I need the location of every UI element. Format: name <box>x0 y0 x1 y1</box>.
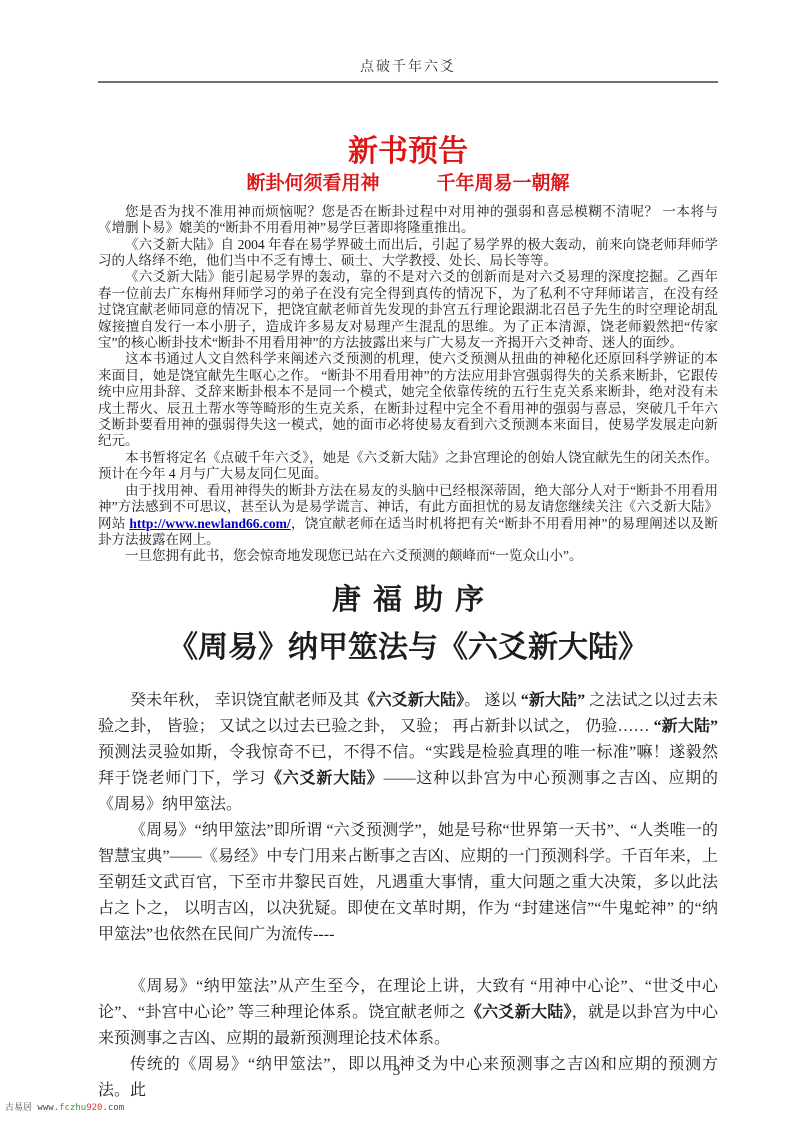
preface-title: 唐福助序 <box>98 583 718 618</box>
announcement-subtitle: 断卦何须看用神 千年周易一朝解 <box>98 173 718 196</box>
paragraph: 癸未年秋， 幸识饶宜献老师及其《六爻新大陆》。 遂以 “新大陆” 之法试之以过去… <box>98 688 718 818</box>
paragraph: 您是否为找不准用神而烦恼呢？您是否在断卦过程中对用神的强弱和喜忌模糊不清呢？ 一… <box>98 204 718 237</box>
paragraph: 由于找用神、看用神得失的断卦方法在易友的头脑中已经根深蒂固，绝大部分人对于“断卦… <box>98 483 718 549</box>
text-run: 《周易》“纳甲筮法”即所谓 “六爻预测学”，她是号称“世界第一天书”、“人类唯一… <box>98 822 718 943</box>
running-header-title: 点破千年六爻 <box>98 0 718 76</box>
paragraph: 一旦您拥有此书，您会惊奇地发现您已站在六爻预测的颠峰而“一览众山小”。 <box>98 548 718 564</box>
watermark-segment: .com <box>102 1103 124 1113</box>
text-run: 一旦您拥有此书，您会惊奇地发现您已站在六爻预测的颠峰而“一览众山小”。 <box>125 548 582 563</box>
watermark: 古易居 www.fczhu920.com <box>5 1100 124 1113</box>
text-run: 《六爻新大陆》 <box>360 692 465 709</box>
header-rule <box>98 81 718 83</box>
text-run: 癸未年秋， 幸识饶宜献老师及其 <box>130 692 360 709</box>
text-run: 《六爻新大陆》 <box>466 1004 572 1021</box>
text-run: 本书暂将定名《点破千年六爻》，她是《六爻新大陆》之卦宫理论的创始人饶宜献先生的闭… <box>98 450 718 481</box>
preface-body: 癸未年秋， 幸识饶宜献老师及其《六爻新大陆》。 遂以 “新大陆” 之法试之以过去… <box>98 688 718 1104</box>
text-run: 。 遂以 <box>464 692 521 709</box>
text-run: 《六爻新大陆》自 2004 年春在易学界破土而出后，引起了易学界的极大轰动，前来… <box>98 237 718 268</box>
watermark-segment: 920 <box>86 1103 102 1113</box>
paragraph: 《周易》“纳甲筮法”即所谓 “六爻预测学”，她是号称“世界第一天书”、“人类唯一… <box>98 818 718 948</box>
text-run: 您是否为找不准用神而烦恼呢？您是否在断卦过程中对用神的强弱和喜忌模糊不清呢？ 一… <box>98 204 718 235</box>
newland-website-link[interactable]: http://www.newland66.com/ <box>129 516 290 531</box>
paragraph: 这本书通过人文自然科学来阐述六爻预测的机理，使六爻预测从扭曲的神秘化还原回科学辨… <box>98 351 718 449</box>
paragraph: 《周易》“纳甲筮法”从产生至今，在理论上讲，大致有 “用神中心论”、“世爻中心论… <box>98 974 718 1052</box>
watermark-segment: 古易居 www. <box>5 1103 59 1113</box>
text-run: 《六爻新大陆》 <box>266 770 384 787</box>
text-run: 这本书通过人文自然科学来阐述六爻预测的机理，使六爻预测从扭曲的神秘化还原回科学辨… <box>98 351 718 448</box>
paragraph: 本书暂将定名《点破千年六爻》，她是《六爻新大陆》之卦宫理论的创始人饶宜献先生的闭… <box>98 450 718 483</box>
announcement-body: 您是否为找不准用神而烦恼呢？您是否在断卦过程中对用神的强弱和喜忌模糊不清呢？ 一… <box>98 204 718 565</box>
text-run: “新大陆” <box>654 718 718 735</box>
paragraph: 《六爻新大陆》能引起易学界的轰动，靠的不是对六爻的创新而是对六爻易理的深度挖掘。… <box>98 269 718 351</box>
page-content: 点破千年六爻 新书预告 断卦何须看用神 千年周易一朝解 您是否为找不准用神而烦恼… <box>98 0 718 1104</box>
document-page: 点破千年六爻 新书预告 断卦何须看用神 千年周易一朝解 您是否为找不准用神而烦恼… <box>0 0 793 1122</box>
paragraph: 《六爻新大陆》自 2004 年春在易学界破土而出后，引起了易学界的极大轰动，前来… <box>98 237 718 270</box>
text-run: “新大陆” <box>521 692 585 709</box>
page-number: 3 <box>0 1063 793 1080</box>
preface-subtitle: 《周易》纳甲筮法与《六爻新大陆》 <box>98 630 718 666</box>
text-run: 《六爻新大陆》能引起易学界的轰动，靠的不是对六爻的创新而是对六爻易理的深度挖掘。… <box>98 269 718 350</box>
announcement-title: 新书预告 <box>98 135 718 168</box>
watermark-segment: fczhu <box>59 1103 86 1113</box>
